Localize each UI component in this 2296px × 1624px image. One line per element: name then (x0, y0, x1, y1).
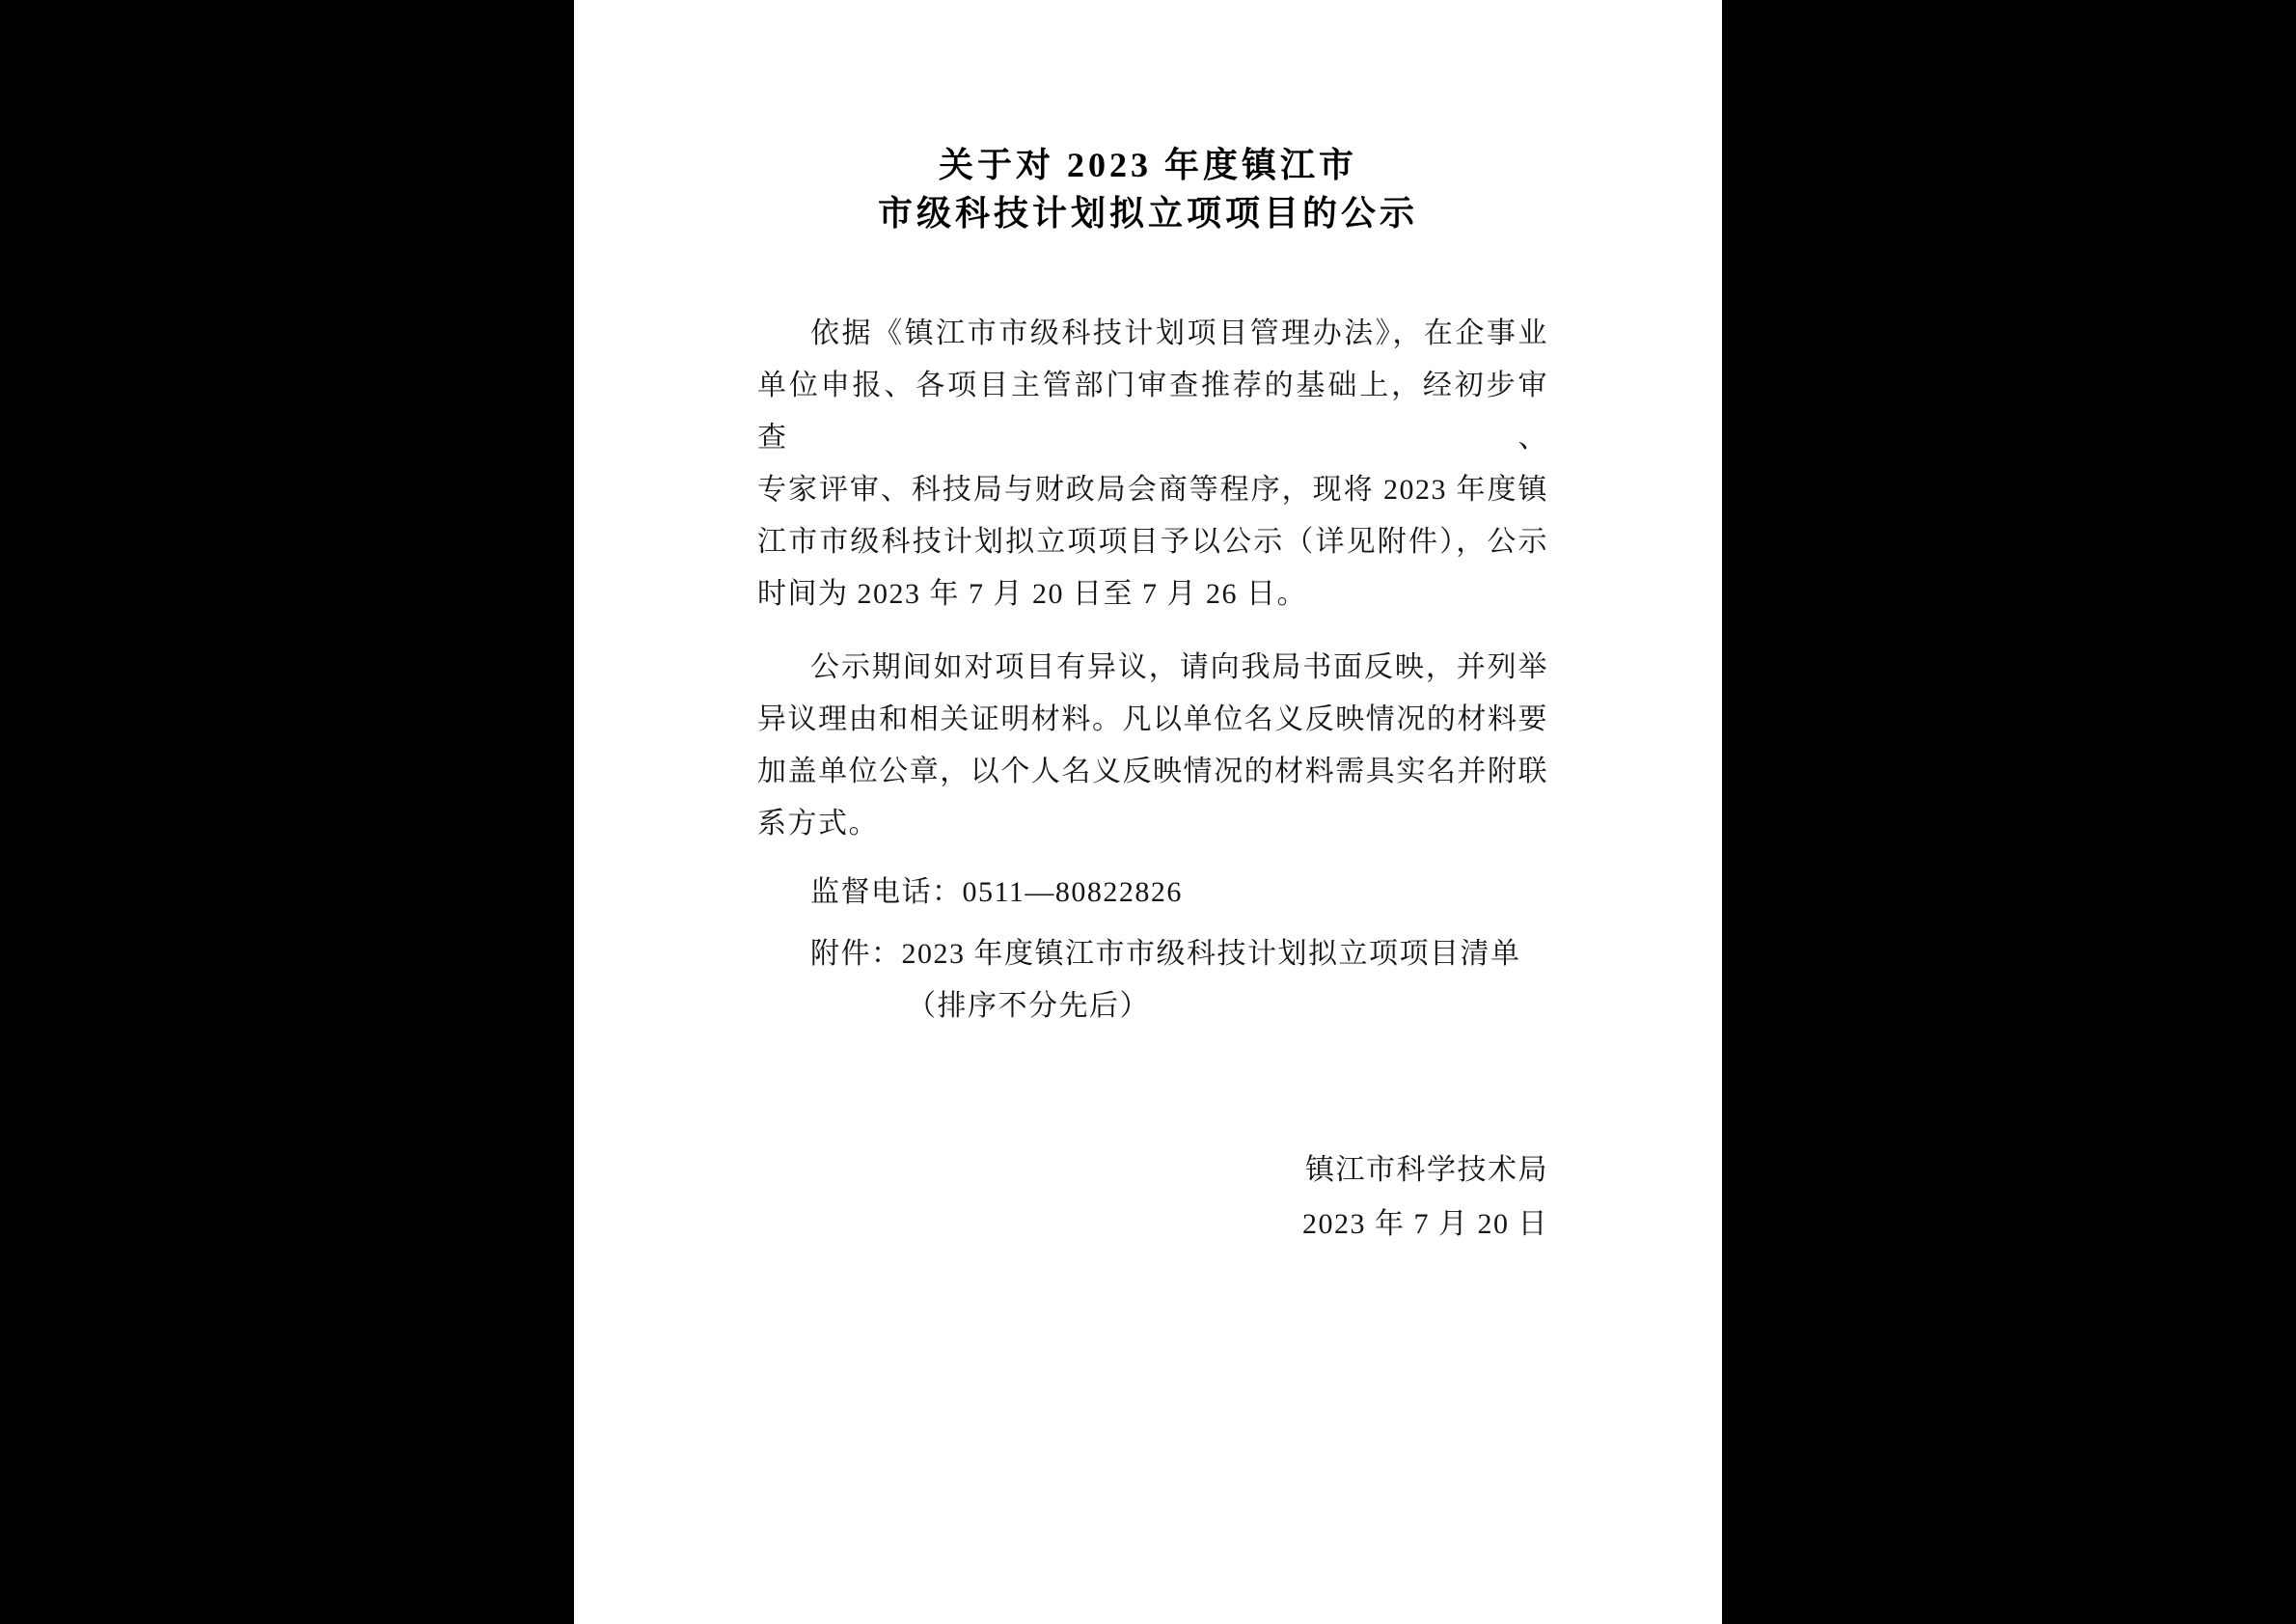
paragraph-line: 江市市级科技计划拟立项项目予以公示（详见附件），公示 (757, 516, 1548, 568)
supervision-phone-line: 监督电话：0511—80822826 (757, 867, 1548, 919)
paragraph-objection: 公示期间如对项目有异议，请向我局书面反映，并列举 异议理由和相关证明材料。凡以单… (757, 642, 1548, 850)
attachment-section: 附件：2023 年度镇江市市级科技计划拟立项项目清单 （排序不分先后） (757, 928, 1548, 1032)
paragraph-line: 单位申报、各项目主管部门审查推荐的基础上，经初步审查、 (757, 360, 1548, 464)
document-title-line-1: 关于对 2023 年度镇江市 (574, 141, 1722, 189)
paragraph-line: 加盖单位公章，以个人名义反映情况的材料需具实名并附联 (757, 746, 1548, 798)
document-title: 关于对 2023 年度镇江市 市级科技计划拟立项项目的公示 (574, 141, 1722, 237)
paragraph-line: 依据《镇江市市级科技计划项目管理办法》，在企事业 (757, 308, 1548, 360)
attachment-line: 附件：2023 年度镇江市市级科技计划拟立项项目清单 (757, 928, 1548, 980)
issue-date: 2023 年 7 月 20 日 (757, 1197, 1548, 1252)
document-title-line-2: 市级科技计划拟立项项目的公示 (574, 189, 1722, 237)
attachment-note: （排序不分先后） (757, 980, 1548, 1032)
paragraph-line: 时间为 2023 年 7 月 20 日至 7 月 26 日。 (757, 568, 1548, 620)
document-page: 关于对 2023 年度镇江市 市级科技计划拟立项项目的公示 依据《镇江市市级科技… (574, 0, 1722, 1624)
paragraph-basis: 依据《镇江市市级科技计划项目管理办法》，在企事业 单位申报、各项目主管部门审查推… (757, 308, 1548, 620)
app-background: { "document": { "title_line1": "关于对 2023… (0, 0, 2296, 1624)
issuer-name: 镇江市科学技术局 (757, 1143, 1548, 1197)
paragraph-line: 专家评审、科技局与财政局会商等程序，现将 2023 年度镇 (757, 464, 1548, 516)
document-body: 依据《镇江市市级科技计划项目管理办法》，在企事业 单位申报、各项目主管部门审查推… (574, 308, 1722, 1252)
paragraph-line: 异议理由和相关证明材料。凡以单位名义反映情况的材料要 (757, 694, 1548, 746)
paragraph-line: 公示期间如对项目有异议，请向我局书面反映，并列举 (757, 642, 1548, 694)
signature-block: 镇江市科学技术局 2023 年 7 月 20 日 (757, 1143, 1548, 1252)
paragraph-line: 系方式。 (757, 798, 1548, 850)
